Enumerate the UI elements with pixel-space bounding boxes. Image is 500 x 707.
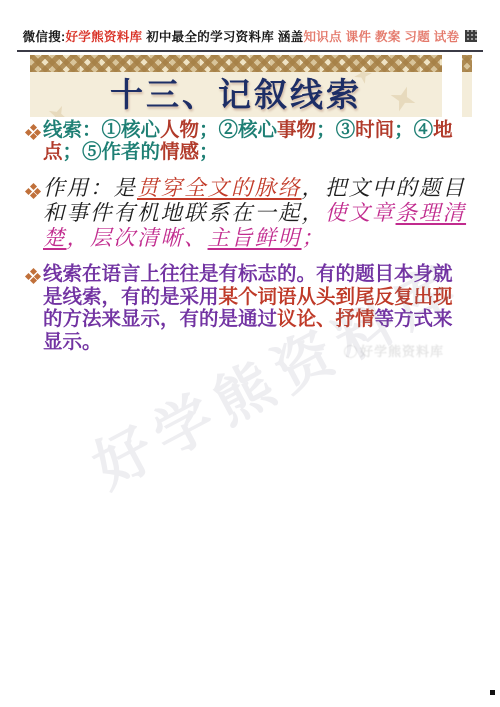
star-decoration-icon: [387, 83, 420, 116]
text-segment: 议论、抒情: [277, 308, 375, 330]
banner-body: 十三、记叙线索: [30, 72, 442, 117]
promo-header-line: 微信搜:好学熊资料库 初中最全的学习资料库 涵盖知识点 课件 教案 习题 试卷: [17, 27, 484, 52]
text-segment: 的方法来显示，有的是通过: [43, 308, 277, 330]
frieze-pattern: [30, 55, 442, 72]
diamond-bullet-icon: [26, 125, 40, 139]
text-segment: 使文章: [325, 201, 396, 226]
bullet-text: 线索在语言上往往是有标志的。有的题目本身就是线索，有的是采用某个词语从头到尾反复…: [26, 263, 471, 353]
text-segment: 贯穿全文的脉络: [137, 176, 302, 201]
star-decoration-icon: [45, 102, 71, 117]
bullet-item-clues: 线索：①核心人物；②核心事物；③时间；④地点；⑤作者的情感；: [26, 119, 466, 163]
page-end-mark: [490, 690, 495, 695]
text-segment: 线索：①核心: [43, 119, 160, 141]
text-segment: 某个词语从头到尾反复出现: [219, 286, 453, 308]
brand-name: 好学熊资料库: [66, 30, 143, 44]
bullet-item-function: 作用：是贯穿全文的脉络，把文中的题目和事件有机地联系在一起，使文章条理清楚，层次…: [26, 176, 468, 251]
qr-code-icon: [465, 30, 477, 42]
bullet-item-markers: 线索在语言上往往是有标志的。有的题目本身就是线索，有的是采用某个词语从头到尾反复…: [26, 263, 471, 353]
text-segment: 主旨鲜明: [208, 226, 302, 251]
frieze-pattern: [462, 55, 472, 72]
text-segment: 作用：是: [43, 176, 137, 201]
bullet-text: 作用：是贯穿全文的脉络，把文中的题目和事件有机地联系在一起，使文章条理清楚，层次…: [26, 176, 468, 251]
promo-header: 微信搜:好学熊资料库 初中最全的学习资料库 涵盖知识点 课件 教案 习题 试卷: [0, 27, 500, 52]
text-segment: ，层次清晰、: [67, 226, 208, 251]
title-banner: 十三、记叙线索: [30, 55, 442, 117]
text-segment: ；: [199, 141, 219, 163]
slide-page: 微信搜:好学熊资料库 初中最全的学习资料库 涵盖知识点 课件 教案 习题 试卷 …: [0, 0, 500, 707]
header-tags: 知识点 课件 教案 习题 试卷: [303, 30, 459, 44]
text-segment: 事物: [277, 119, 316, 141]
text-segment: 人物: [160, 119, 199, 141]
text-segment: ；③: [316, 119, 355, 141]
text-segment: ；④: [394, 119, 433, 141]
wechat-search-label: 微信搜:: [23, 30, 66, 44]
diamond-bullet-icon: [26, 184, 40, 198]
text-segment: 情感: [160, 141, 199, 163]
text-segment: ；: [302, 226, 326, 251]
header-description: 初中最全的学习资料库 涵盖: [142, 30, 303, 44]
text-segment: ；②核心: [199, 119, 277, 141]
bullet-text: 线索：①核心人物；②核心事物；③时间；④地点；⑤作者的情感；: [26, 119, 466, 163]
text-segment: ；⑤作者的: [63, 141, 161, 163]
diamond-bullet-icon: [26, 269, 40, 283]
text-segment: 时间: [355, 119, 394, 141]
banner-right-sliver: [462, 55, 472, 117]
page-title: 十三、记叙线索: [110, 78, 362, 111]
